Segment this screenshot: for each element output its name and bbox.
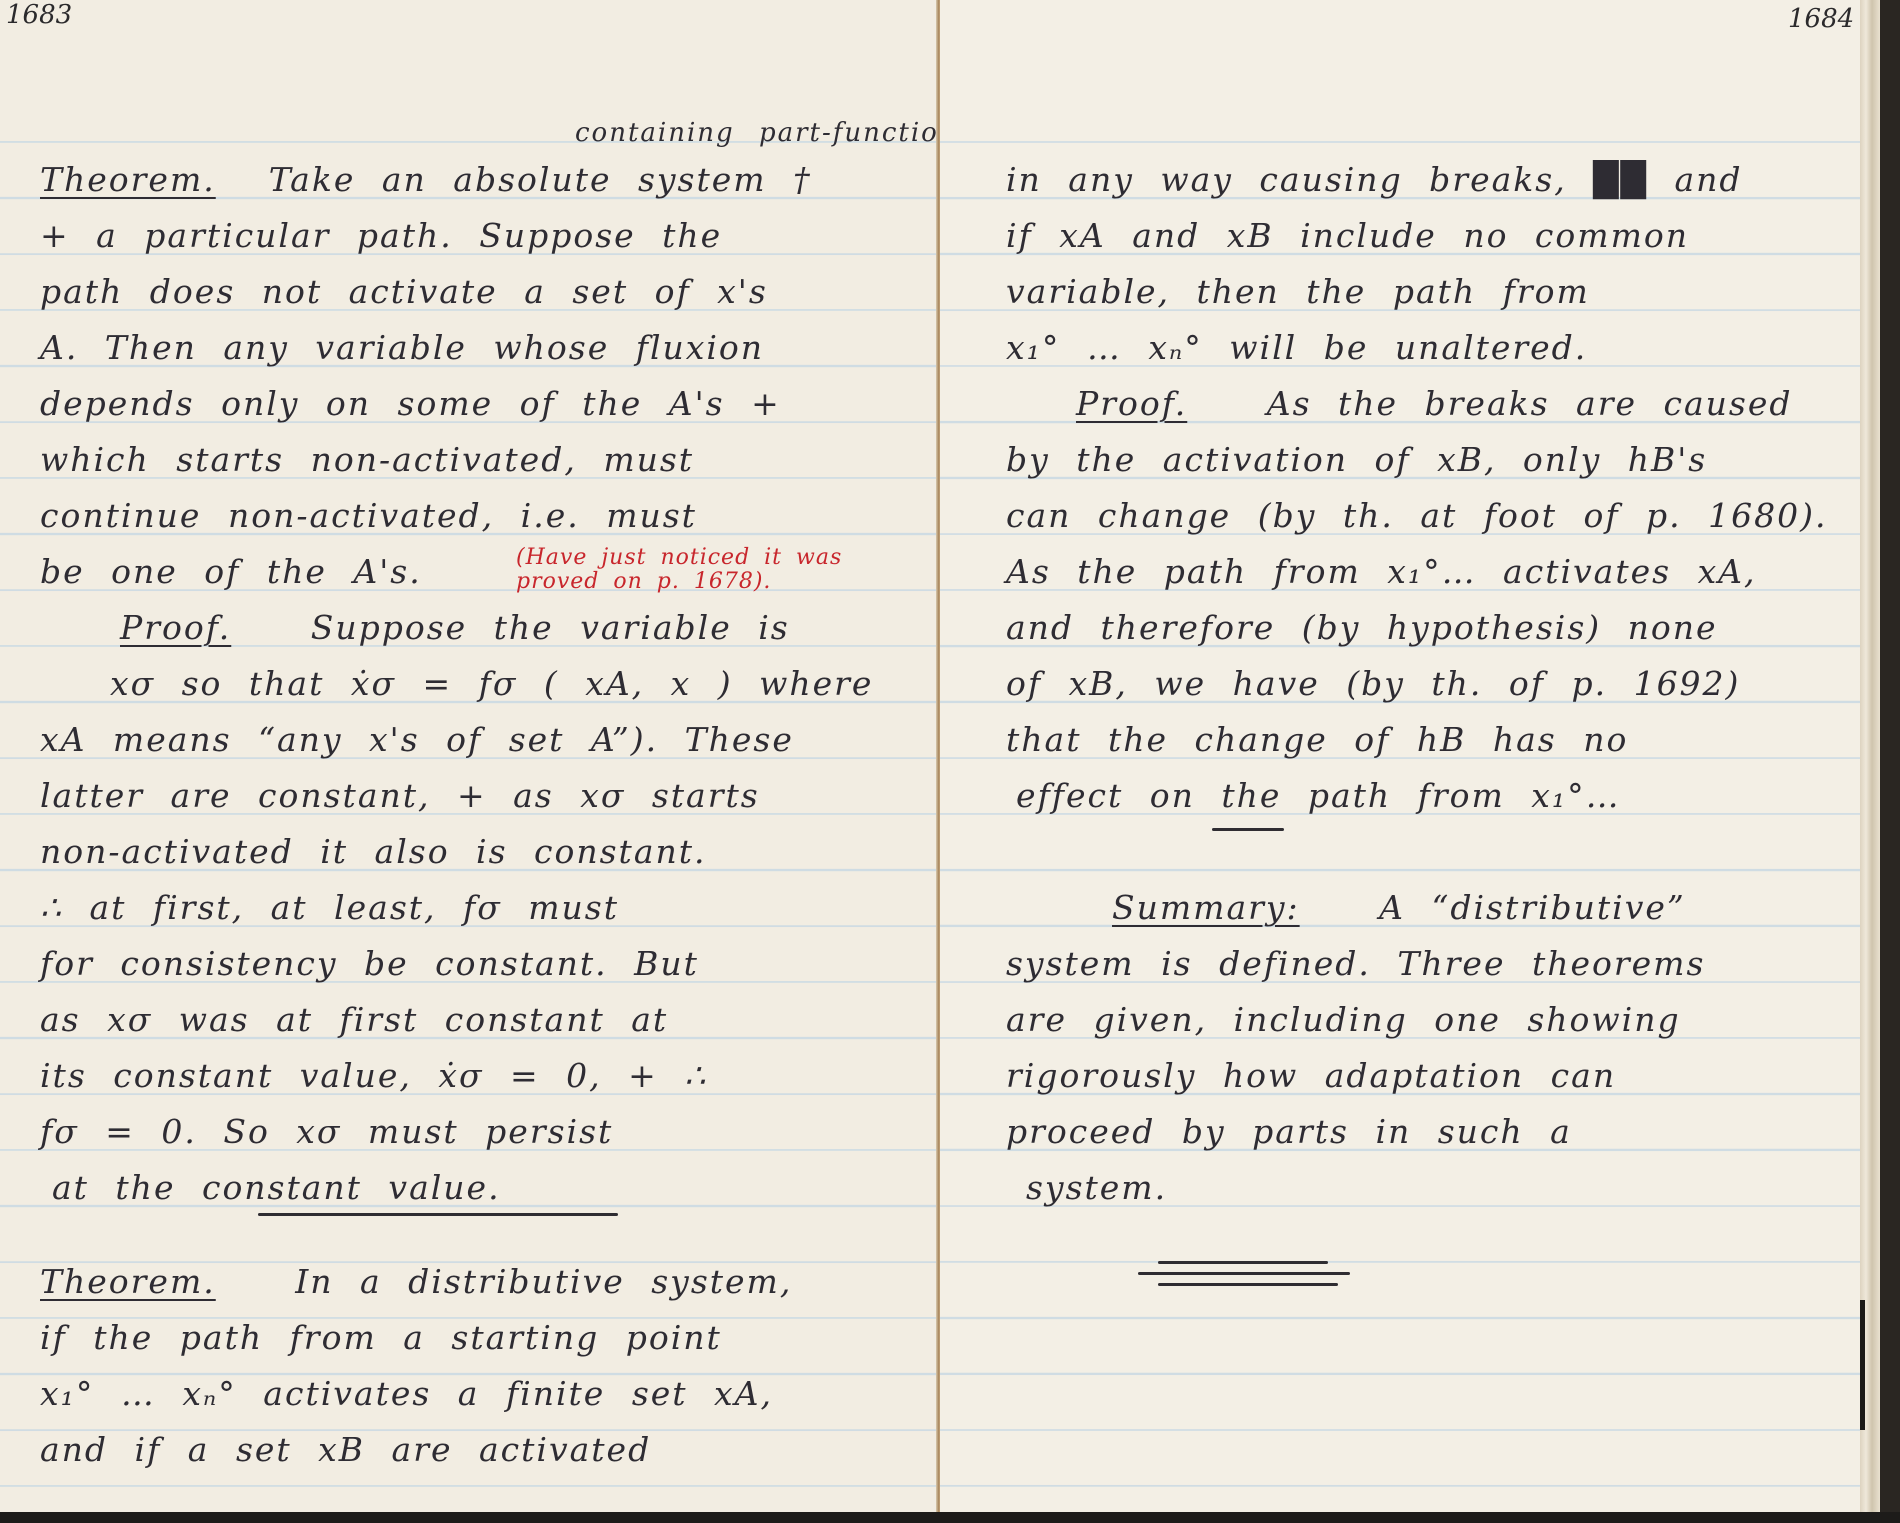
- notebook-bottom-edge: [0, 1512, 1900, 1523]
- right-page: 1684 in any way causing breaks, ██ and i…: [940, 0, 1860, 1512]
- theorem-1-line-3: path does not activate a set of x's: [40, 272, 768, 311]
- continuation-line-2: if xA and xB include no common: [1006, 216, 1689, 255]
- proof-1-line-7: for consistency be constant. But: [40, 944, 699, 983]
- page-number: 1684: [1788, 4, 1854, 34]
- left-page: 1683 containing part-function Theorem. T…: [0, 0, 938, 1512]
- theorem-1-line-1: Theorem. Take an absolute system †: [40, 160, 812, 199]
- red-annotation-line-1: (Have just noticed it was: [516, 545, 842, 570]
- red-annotation-line-2: proved on p. 1678).: [516, 569, 771, 594]
- edge-wear: [1860, 1300, 1865, 1430]
- theorem-2-line-1: Theorem. In a distributive system,: [40, 1262, 792, 1301]
- proof-1-line-9: its constant value, ẋσ = 0, + ∴: [40, 1056, 707, 1095]
- theorem-2-line-2: if the path from a starting point: [40, 1318, 722, 1357]
- theorem-1-line-8: be one of the A's.: [40, 552, 422, 591]
- proof-2-line-2: by the activation of xB, only hB's: [1006, 440, 1707, 479]
- theorem-1-line-4: A. Then any variable whose fluxion: [40, 328, 764, 367]
- proof-2-line-3: can change (by th. at foot of p. 1680).: [1006, 496, 1827, 535]
- theorem-1-line-2: + a particular path. Suppose the: [40, 216, 722, 255]
- theorem-1-line-6: which starts non-activated, must: [40, 440, 694, 479]
- proof-2-line-7: that the change of hB has no: [1006, 720, 1628, 759]
- proof-2-line-6: of xB, we have (by th. of p. 1692): [1006, 664, 1740, 703]
- summary-line-5: proceed by parts in such a: [1006, 1112, 1572, 1151]
- summary-line-2: system is defined. Three theorems: [1006, 944, 1705, 983]
- proof-1-line-8: as xσ was at first constant at: [40, 1000, 668, 1039]
- section-divider: [258, 1213, 618, 1216]
- theorem-heading: Theorem.: [40, 160, 216, 199]
- proof-2-line-5: and therefore (by hypothesis) none: [1006, 608, 1718, 647]
- proof-1-line-10: fσ = 0. So xσ must persist: [40, 1112, 613, 1151]
- summary-line-6: system.: [1026, 1168, 1167, 1207]
- theorem-1-line-7: continue non-activated, i.e. must: [40, 496, 697, 535]
- proof-1-line-1: Proof. Suppose the variable is: [120, 608, 790, 647]
- page-number: 1683: [6, 0, 72, 30]
- proof-1-line-5: non-activated it also is constant.: [40, 832, 707, 871]
- proof-1-line-6: ∴ at first, at least, fσ must: [40, 888, 619, 927]
- end-rule-2: [1138, 1272, 1350, 1275]
- proof-1-line-11: at the constant value.: [52, 1168, 501, 1207]
- theorem-1-line-5: depends only on some of the A's +: [40, 384, 781, 423]
- short-divider: [1212, 828, 1284, 831]
- page-edge: [1860, 0, 1880, 1512]
- proof-heading: Proof.: [1076, 384, 1187, 423]
- proof-1-line-3: xA means “any x's of set A”). These: [40, 720, 794, 759]
- summary-heading: Summary:: [1112, 888, 1300, 927]
- notebook-spread: 1683 containing part-function Theorem. T…: [0, 0, 1880, 1512]
- proof-2-line-8: effect on the path from x₁°…: [1016, 776, 1621, 815]
- proof-2-line-4: As the path from x₁°… activates xA,: [1006, 552, 1757, 591]
- end-rule-1: [1158, 1261, 1328, 1264]
- continuation-line-1: in any way causing breaks, ██ and: [1006, 160, 1743, 199]
- insertion-note: containing part-function: [575, 118, 938, 148]
- proof-1-line-2: xσ so that ẋσ = fσ ( xA, x ) where: [110, 664, 873, 703]
- continuation-line-4: x₁° … xₙ° will be unaltered.: [1006, 328, 1587, 367]
- end-rule-3: [1158, 1283, 1338, 1286]
- summary-line-3: are given, including one showing: [1006, 1000, 1681, 1039]
- proof-1-line-4: latter are constant, + as xσ starts: [40, 776, 760, 815]
- summary-line-1: Summary: A “distributive”: [1112, 888, 1686, 927]
- theorem-2-line-3: x₁° … xₙ° activates a finite set xA,: [40, 1374, 773, 1413]
- theorem-heading: Theorem.: [40, 1262, 216, 1301]
- top-margin: [940, 0, 1860, 140]
- proof-2-line-1: Proof. As the breaks are caused: [1076, 384, 1793, 423]
- summary-line-4: rigorously how adaptation can: [1006, 1056, 1616, 1095]
- proof-heading: Proof.: [120, 608, 231, 647]
- continuation-line-3: variable, then the path from: [1006, 272, 1590, 311]
- theorem-2-line-4: and if a set xB are activated: [40, 1430, 651, 1469]
